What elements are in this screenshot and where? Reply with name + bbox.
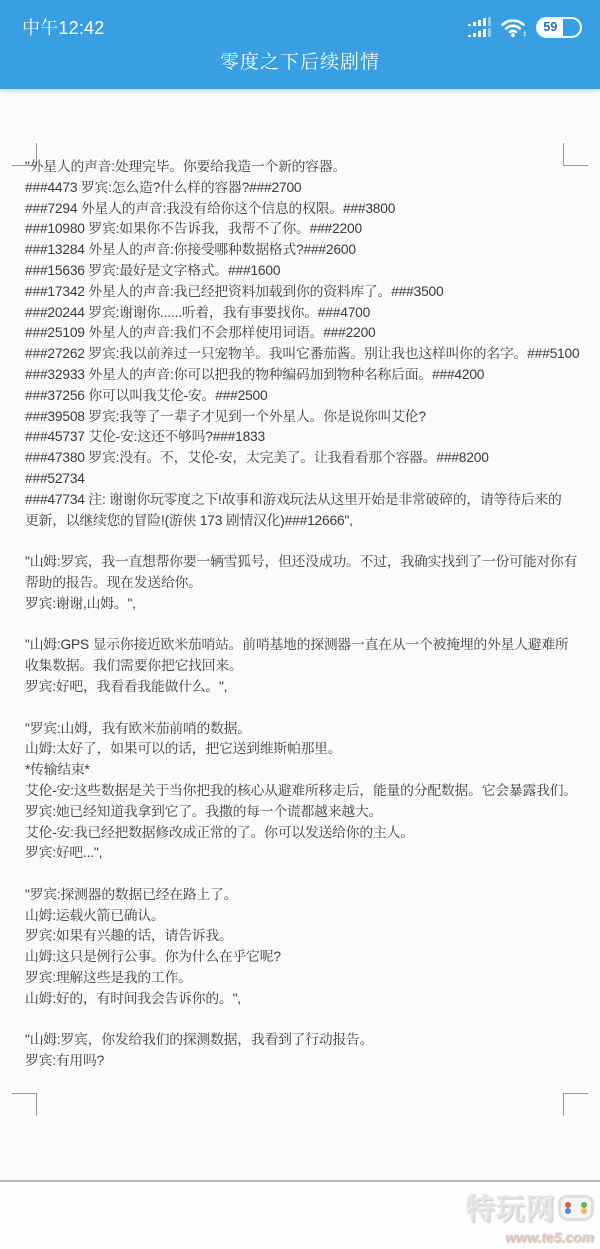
status-icons: 59 bbox=[468, 17, 582, 38]
wifi-icon bbox=[500, 17, 527, 38]
watermark-site-url: www.te5.com bbox=[466, 1229, 594, 1245]
story-line: ###10980 罗宾:如果你不告诉我，我帮不了你。###2200 bbox=[25, 219, 588, 240]
story-line: "山姆:GPS 显示你接近欧米茄哨站。前哨基地的探测器一直在从一个被掩埋的外星人… bbox=[25, 635, 588, 656]
story-line: 山姆:太好了，如果可以的话，把它送到维斯帕那里。 bbox=[25, 739, 588, 760]
blank-line bbox=[25, 1010, 588, 1031]
story-line: ###17342 外星人的声音:我已经把资料加载到你的资料库了。###3500 bbox=[25, 282, 588, 303]
blank-line bbox=[25, 615, 588, 636]
story-line: 山姆:好的，有时间我会告诉你的。", bbox=[25, 989, 588, 1010]
story-line: ###20244 罗宾:谢谢你......听着，我有事要找你。###4700 bbox=[25, 303, 588, 324]
blank-line bbox=[25, 864, 588, 885]
story-line: ###4473 罗宾:怎么造?什么样的容器?###2700 bbox=[25, 178, 588, 199]
story-line: 罗宾:她已经知道我拿到它了。我撒的每一个谎都越来越大。 bbox=[25, 802, 588, 823]
page-corner-mark-bottom-right bbox=[563, 1093, 588, 1116]
story-line: 收集数据。我们需要你把它找回来。 bbox=[25, 656, 588, 677]
story-line: ###47734 注: 谢谢你玩零度之下!故事和游戏玩法从这里开始是非常破碎的，… bbox=[25, 490, 588, 511]
story-text: "外星人的声音:处理完毕。你要给我造一个新的容器。###4473 罗宾:怎么造?… bbox=[25, 157, 588, 1072]
nav-bar: 零度之下后续剧情 bbox=[0, 47, 600, 74]
battery-percent: 59 bbox=[538, 19, 563, 36]
story-line: 山姆:运载火箭已确认。 bbox=[25, 906, 588, 927]
phone-screen: 中午12:42 bbox=[0, 0, 600, 1249]
dual-signal-icon bbox=[468, 17, 491, 37]
story-line: 罗宾:如果有兴趣的话，请告诉我。 bbox=[25, 926, 588, 947]
story-line: ###7294 外星人的声音:我没有给你这个信息的权限。###3800 bbox=[25, 199, 588, 220]
story-line: 艾伦-安:这些数据是关于当你把我的核心从避难所移走后，能量的分配数据。它会暴露我… bbox=[25, 781, 588, 802]
story-line: 山姆:这只是例行公事。你为什么在乎它呢? bbox=[25, 947, 588, 968]
blank-line bbox=[25, 531, 588, 552]
story-line: ###15636 罗宾:最好是文字格式。###1600 bbox=[25, 261, 588, 282]
story-line: 更新，以继续您的冒险!(游侠 173 剧情汉化)###12666", bbox=[25, 511, 588, 532]
battery-icon: 59 bbox=[536, 17, 582, 38]
gamepad-icon bbox=[558, 1195, 594, 1221]
story-line: ###37256 你可以叫我艾伦-安。###2500 bbox=[25, 386, 588, 407]
blank-line bbox=[25, 698, 588, 719]
app-header: 中午12:42 bbox=[0, 0, 600, 89]
page-corner-mark-bottom-left bbox=[12, 1093, 37, 1116]
story-line: 罗宾:有用吗? bbox=[25, 1051, 588, 1072]
story-line: "外星人的声音:处理完毕。你要给我造一个新的容器。 bbox=[25, 157, 588, 178]
clock: 中午12:42 bbox=[22, 14, 104, 40]
story-line: "罗宾:山姆，我有欧米茄前哨的数据。 bbox=[25, 719, 588, 740]
story-line: ###47380 罗宾:没有。不，艾伦-安，太完美了。让我看看那个容器。###8… bbox=[25, 448, 588, 469]
document-view[interactable]: "外星人的声音:处理完毕。你要给我造一个新的容器。###4473 罗宾:怎么造?… bbox=[0, 89, 600, 1180]
story-line: 罗宾:谢谢,山姆。", bbox=[25, 594, 588, 615]
story-line: ###25109 外星人的声音:我们不会那样使用词语。###2200 bbox=[25, 323, 588, 344]
footer: 特玩网 www.te5.com bbox=[0, 1182, 600, 1249]
story-line: 帮助的报告。现在发送给你。 bbox=[25, 573, 588, 594]
story-line: ###39508 罗宾:我等了一辈子才见到一个外星人。你是说你叫艾伦? bbox=[25, 407, 588, 428]
story-line: *传输结束* bbox=[25, 760, 588, 781]
story-line: "山姆:罗宾，你发给我们的探测数据，我看到了行动报告。 bbox=[25, 1030, 588, 1051]
story-line: ###13284 外星人的声音:你接受哪种数据格式?###2600 bbox=[25, 240, 588, 261]
story-line: 罗宾:好吧...", bbox=[25, 843, 588, 864]
story-line: "罗宾:探测器的数据已经在路上了。 bbox=[25, 885, 588, 906]
story-line: 罗宾:好吧，我看看我能做什么。", bbox=[25, 677, 588, 698]
story-line: ###45737 艾伦-安:这还不够吗?###1833 bbox=[25, 427, 588, 448]
page-title: 零度之下后续剧情 bbox=[220, 52, 380, 73]
story-line: ###32933 外星人的声音:你可以把我的物种编码加到物种名称后面。###42… bbox=[25, 365, 588, 386]
story-line: 艾伦-安:我已经把数据修改成正常的了。你可以发送给你的主人。 bbox=[25, 823, 588, 844]
watermark-site-name: 特玩网 bbox=[466, 1187, 556, 1228]
status-bar: 中午12:42 bbox=[0, 0, 600, 42]
story-line: "山姆:罗宾，我一直想帮你要一辆雪狐号，但还没成功。不过，我确实找到了一份可能对… bbox=[25, 552, 588, 573]
site-watermark: 特玩网 www.te5.com bbox=[466, 1187, 594, 1245]
story-line: ###52734 bbox=[25, 469, 588, 490]
story-line: 罗宾:理解这些是我的工作。 bbox=[25, 968, 588, 989]
story-line: ###27262 罗宾:我以前养过一只宠物羊。我叫它番茄酱。别让我也这样叫你的名… bbox=[25, 344, 588, 365]
